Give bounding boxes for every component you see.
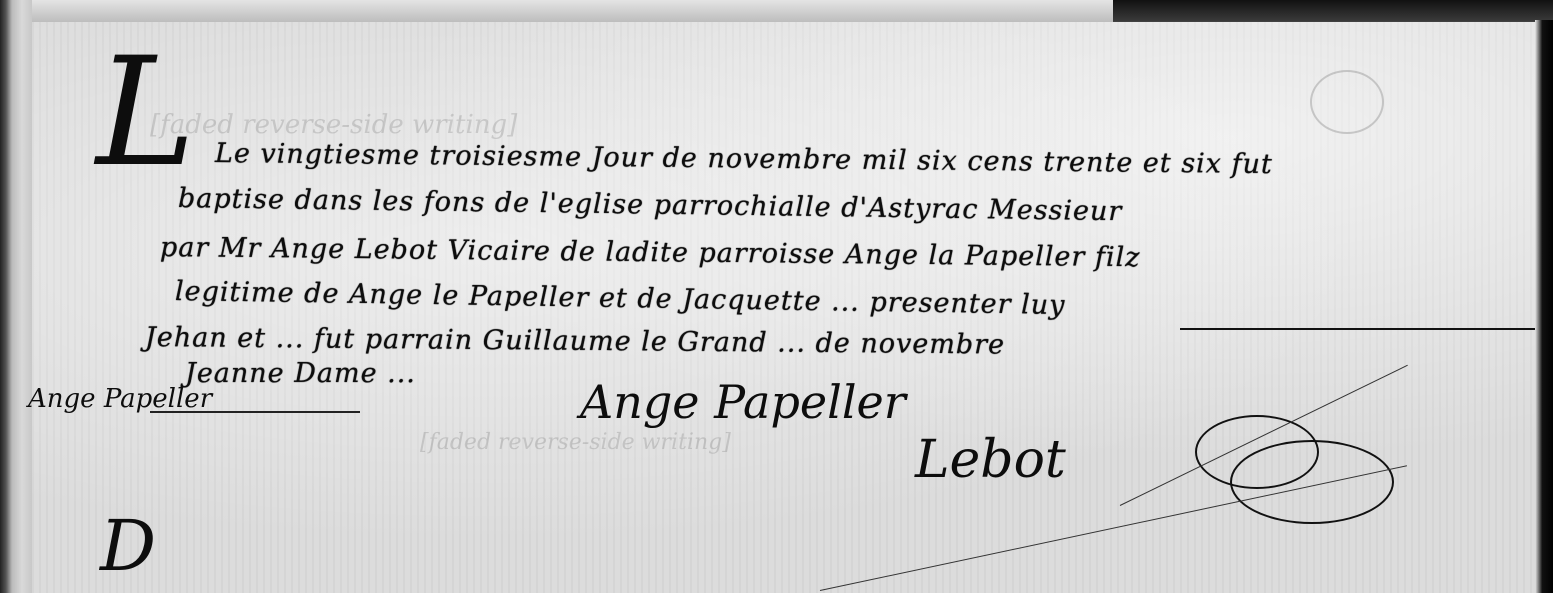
entry-line-6: Jeanne Dame ...: [185, 358, 416, 389]
signature-flourish: [1230, 440, 1394, 524]
bleed-through-text: [faded reverse-side writing]: [420, 430, 731, 455]
bleed-through-text: [faded reverse-side writing]: [150, 110, 517, 140]
signature-papeller: Ange Papeller: [580, 375, 906, 429]
signature-lebot: Lebot: [915, 430, 1066, 490]
bleed-through-mark: [1310, 70, 1384, 134]
register-scan: [faded reverse-side writing] [faded reve…: [0, 0, 1553, 593]
margin-rule: [150, 411, 360, 413]
page-left-edge: [0, 0, 32, 593]
next-entry-initial: D: [100, 505, 156, 587]
decorative-initial: L: [96, 38, 196, 188]
rule-line: [1180, 328, 1535, 330]
margin-note: Ange Papeller: [28, 384, 212, 414]
page-right-edge: [1535, 20, 1553, 593]
